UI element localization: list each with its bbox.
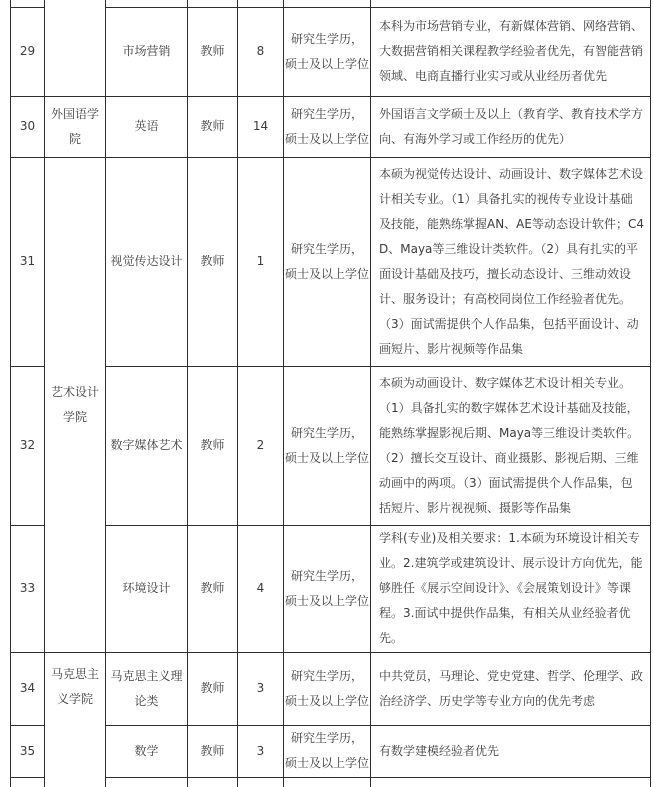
requirements-cell: 外国语言文学硕士及以上（教育学、教育技术学方向、有海外学习或工作经历的优先） bbox=[371, 96, 651, 157]
row-number-cell: 34 bbox=[11, 652, 45, 725]
table-row: 29 市场营销 教师 8 研究生学历， 硕士及以上学位 本科为市场营销专业，有新… bbox=[11, 7, 651, 96]
education-cell: 研究生学历， 硕士及以上学位 bbox=[284, 7, 371, 96]
education-line: 硕士及以上学位 bbox=[284, 127, 370, 152]
title-cell: 教师 bbox=[188, 157, 238, 366]
education-cell: 研究生学历， 硕士及以上学位 bbox=[284, 366, 371, 525]
education-line: 研究生学历， bbox=[284, 726, 370, 751]
education-cell: 研究生学历， 硕士及以上学位 bbox=[284, 652, 371, 725]
requirements-cell: 中共党员，马理论、党史党建、哲学、伦理学、政治经济学、历史学等专业方向的优先考虑 bbox=[371, 652, 651, 725]
recruitment-table-page: 29 市场营销 教师 8 研究生学历， 硕士及以上学位 本科为市场营销专业，有新… bbox=[0, 0, 653, 787]
major-cell: 环境设计 bbox=[106, 525, 188, 652]
education-line: 研究生学历， bbox=[284, 102, 370, 127]
count-cell: 3 bbox=[238, 725, 284, 777]
row-number-cell: 31 bbox=[11, 157, 45, 366]
major-cell bbox=[106, 777, 188, 787]
requirements-cell: 本硕为视觉传达设计、动画设计、数字媒体艺术设计相关专业。（1）具备扎实的视传专业… bbox=[371, 157, 651, 366]
major-cell: 市场营销 bbox=[106, 7, 188, 96]
table-row: 35 数学 教师 3 研究生学历， 硕士及以上学位 有数学建模经验者优先 bbox=[11, 725, 651, 777]
education-line: 硕士及以上学位 bbox=[284, 751, 370, 776]
title-cell: 教师 bbox=[188, 525, 238, 652]
major-cell: 数学 bbox=[106, 725, 188, 777]
count-cell: 2 bbox=[238, 366, 284, 525]
title-cell bbox=[188, 777, 238, 787]
major-cell: 数字媒体艺术 bbox=[106, 366, 188, 525]
college-cell bbox=[45, 0, 106, 96]
table-row: 32 数字媒体艺术 教师 2 研究生学历， 硕士及以上学位 本硕为动画设计、数字… bbox=[11, 366, 651, 525]
education-cell bbox=[284, 777, 371, 787]
education-line: 研究生学历， bbox=[284, 237, 370, 262]
recruitment-table: 29 市场营销 教师 8 研究生学历， 硕士及以上学位 本科为市场营销专业，有新… bbox=[10, 0, 651, 787]
major-cell: 视觉传达设计 bbox=[106, 157, 188, 366]
row-number-cell: 29 bbox=[11, 7, 45, 96]
college-cell: 马克思主义学院 bbox=[45, 652, 106, 787]
table-row: 30 外国语学院 英语 教师 14 研究生学历， 硕士及以上学位 外国语言文学硕… bbox=[11, 96, 651, 157]
college-cell: 艺术设计学院 bbox=[45, 157, 106, 652]
education-line: 研究生学历， bbox=[284, 664, 370, 689]
education-line: 硕士及以上学位 bbox=[284, 446, 370, 471]
table-row: 34 马克思主义学院 马克思主义理论类 教师 3 研究生学历， 硕士及以上学位 … bbox=[11, 652, 651, 725]
education-line: 硕士及以上学位 bbox=[284, 52, 370, 77]
count-cell bbox=[238, 0, 284, 7]
row-number-cell: 32 bbox=[11, 366, 45, 525]
title-cell: 教师 bbox=[188, 652, 238, 725]
title-cell: 教师 bbox=[188, 366, 238, 525]
title-cell: 教师 bbox=[188, 7, 238, 96]
title-cell: 教师 bbox=[188, 96, 238, 157]
education-cell: 研究生学历， 硕士及以上学位 bbox=[284, 96, 371, 157]
table-row: 33 环境设计 教师 4 研究生学历， 硕士及以上学位 学科(专业)及相关要求：… bbox=[11, 525, 651, 652]
education-cell: 研究生学历， 硕士及以上学位 bbox=[284, 725, 371, 777]
requirements-cell: 本硕为动画设计、数字媒体艺术设计相关专业。（1）具备扎实的数字媒体艺术设计基础及… bbox=[371, 366, 651, 525]
requirements-cell bbox=[371, 777, 651, 787]
education-line: 硕士及以上学位 bbox=[284, 589, 370, 614]
major-cell bbox=[106, 0, 188, 7]
education-line: 研究生学历， bbox=[284, 27, 370, 52]
row-number-cell: 33 bbox=[11, 525, 45, 652]
count-cell: 3 bbox=[238, 652, 284, 725]
requirements-cell bbox=[371, 0, 651, 7]
education-cell: 研究生学历， 硕士及以上学位 bbox=[284, 157, 371, 366]
count-cell: 8 bbox=[238, 7, 284, 96]
requirements-cell: 学科(专业)及相关要求：1.本硕为环境设计相关专业。2.建筑学或建筑设计、展示设… bbox=[371, 525, 651, 652]
count-cell: 4 bbox=[238, 525, 284, 652]
title-cell: 教师 bbox=[188, 725, 238, 777]
table-row: 31 艺术设计学院 视觉传达设计 教师 1 研究生学历， 硕士及以上学位 本硕为… bbox=[11, 157, 651, 366]
row-number-cell bbox=[11, 777, 45, 787]
row-number-cell: 30 bbox=[11, 96, 45, 157]
education-line: 研究生学历， bbox=[284, 564, 370, 589]
title-cell bbox=[188, 0, 238, 7]
row-number-cell: 35 bbox=[11, 725, 45, 777]
count-cell: 1 bbox=[238, 157, 284, 366]
major-cell: 英语 bbox=[106, 96, 188, 157]
requirements-cell: 本科为市场营销专业，有新媒体营销、网络营销、大数据营销相关课程教学经验者优先，有… bbox=[371, 7, 651, 96]
education-cell bbox=[284, 0, 371, 7]
row-number-cell bbox=[11, 0, 45, 7]
major-cell: 马克思主义理论类 bbox=[106, 652, 188, 725]
table-row-partial-bottom bbox=[11, 777, 651, 787]
education-cell: 研究生学历， 硕士及以上学位 bbox=[284, 525, 371, 652]
education-line: 研究生学历， bbox=[284, 421, 370, 446]
education-line: 硕士及以上学位 bbox=[284, 689, 370, 714]
college-cell: 外国语学院 bbox=[45, 96, 106, 157]
requirements-cell: 有数学建模经验者优先 bbox=[371, 725, 651, 777]
count-cell bbox=[238, 777, 284, 787]
count-cell: 14 bbox=[238, 96, 284, 157]
table-row-partial-top bbox=[11, 0, 651, 7]
education-line: 硕士及以上学位 bbox=[284, 262, 370, 287]
